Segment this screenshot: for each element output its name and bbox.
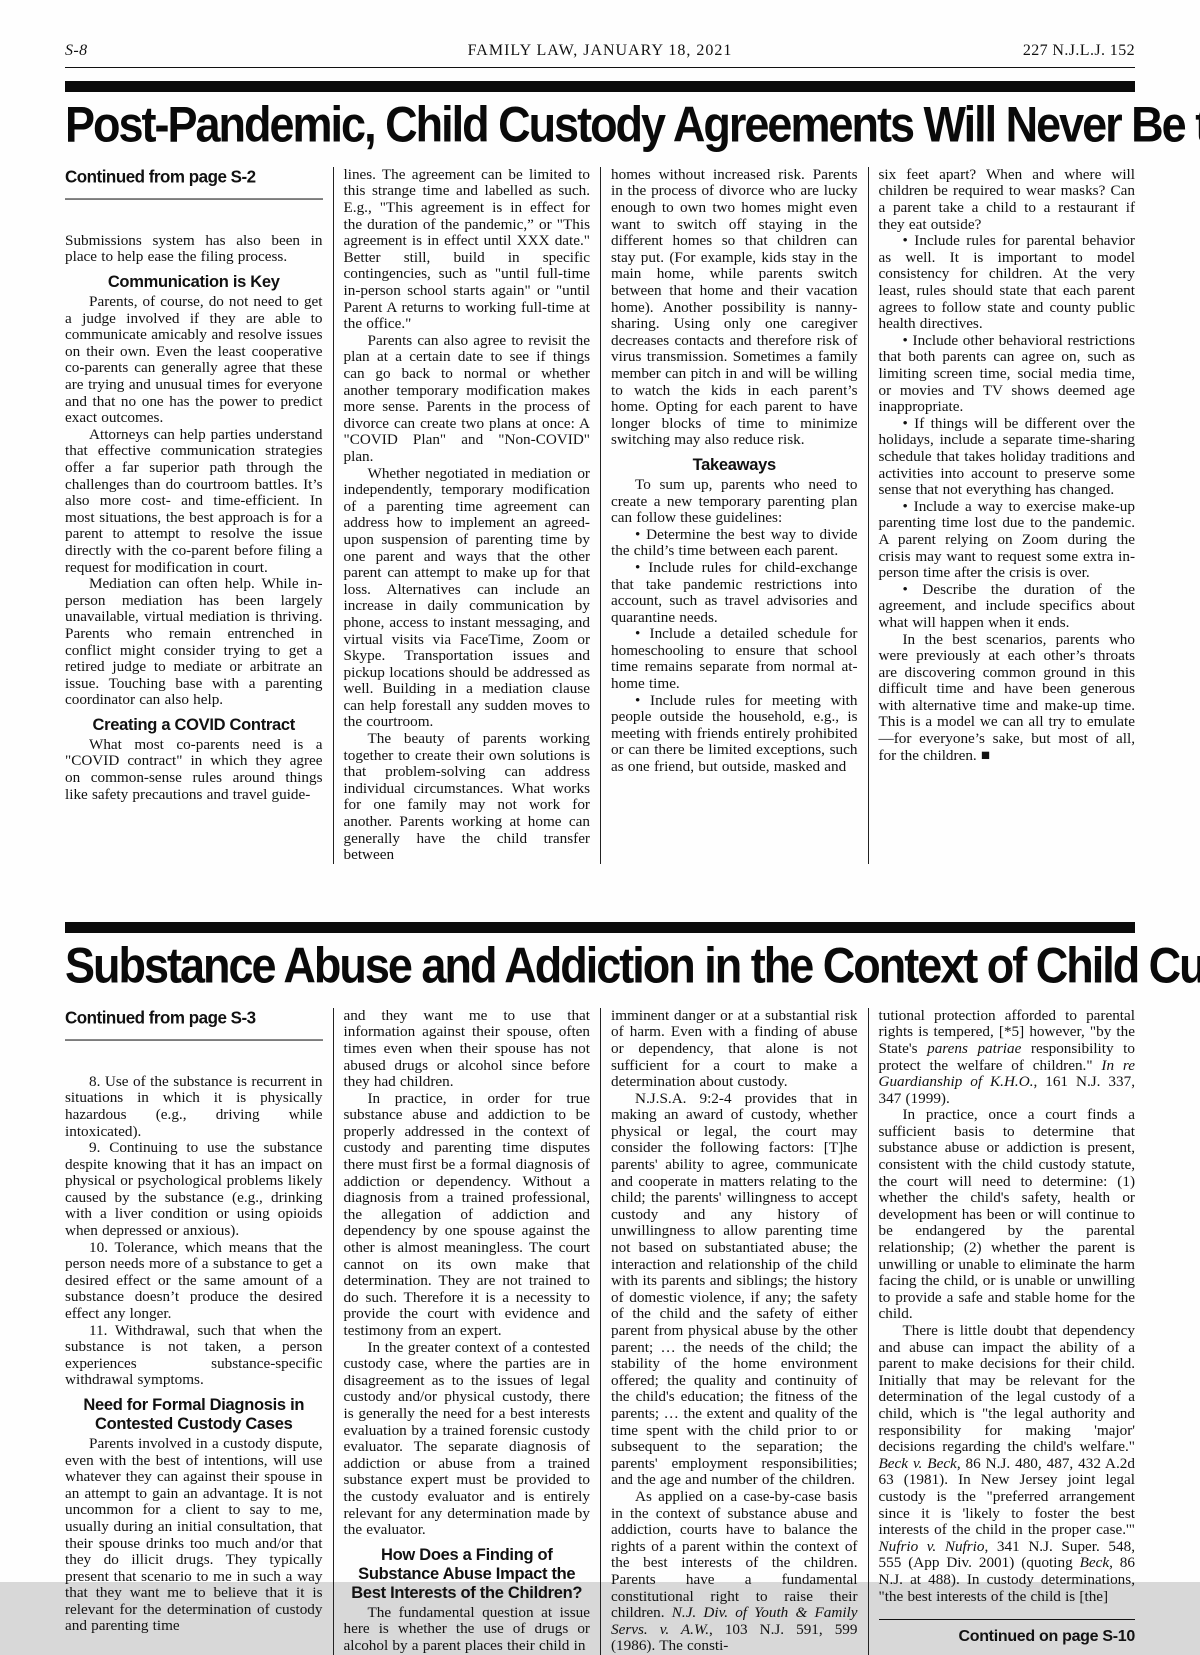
body-paragraph: • Include rules for meeting with people … — [611, 693, 858, 776]
body-paragraph: six feet apart? When and where will chil… — [879, 167, 1136, 233]
body-paragraph: In practice, once a court finds a suffic… — [879, 1107, 1136, 1323]
body-paragraph: and they want me to use that information… — [344, 1008, 591, 1091]
body-paragraph: • Include a detailed schedule for homesc… — [611, 626, 858, 692]
body-paragraph: 9. Continuing to use the substance despi… — [65, 1140, 323, 1240]
article-substance-abuse: Substance Abuse and Addiction in the Con… — [65, 922, 1135, 1655]
body-paragraph: imminent danger or at a substantial risk… — [611, 1008, 858, 1091]
body-paragraph: 10. Tolerance, which means that the pers… — [65, 1240, 323, 1323]
body-paragraph: The beauty of parents working together t… — [344, 731, 591, 864]
article-column-4: six feet apart? When and where will chil… — [868, 167, 1136, 864]
section-heading: Need for Formal Diagnosis in Contested C… — [65, 1396, 323, 1434]
body-paragraph: In practice, in order for true substance… — [344, 1091, 591, 1340]
header-publication-line: FAMILY LAW, JANUARY 18, 2021 — [468, 42, 733, 60]
body-paragraph: To sum up, parents who need to create a … — [611, 477, 858, 527]
body-paragraph: In the best scenarios, parents who were … — [879, 632, 1136, 765]
body-paragraph: 11. Withdrawal, such that when the subst… — [65, 1323, 323, 1389]
body-paragraph: Whether negotiated in mediation or indep… — [344, 466, 591, 732]
body-paragraph: Mediation can often help. While in-perso… — [65, 576, 323, 709]
continued-on-label: Continued on page S-10 — [879, 1619, 1136, 1646]
section-heading: Takeaways — [611, 456, 858, 475]
body-paragraph: • Describe the duration of the agreement… — [879, 582, 1136, 632]
article-column-1: Continued from page S-38. Use of the sub… — [65, 1008, 333, 1655]
headline-rule-bar — [65, 81, 1135, 92]
running-header: S-8 FAMILY LAW, JANUARY 18, 2021 227 N.J… — [65, 42, 1135, 68]
page-number: S-8 — [65, 42, 468, 60]
body-paragraph: homes without increased risk. Parents in… — [611, 167, 858, 449]
body-paragraph: • Include other behavioral restrictions … — [879, 333, 1136, 416]
body-paragraph: tutional protection afforded to parental… — [879, 1008, 1136, 1108]
body-paragraph: As applied on a case-by-case basis in th… — [611, 1489, 858, 1655]
body-paragraph: • Determine the best way to divide the c… — [611, 527, 858, 560]
continued-from-label: Continued from page S-3 — [65, 1008, 323, 1041]
body-paragraph: Attorneys can help parties understand th… — [65, 427, 323, 576]
header-citation: 227 N.J.L.J. 152 — [732, 42, 1135, 60]
body-paragraph: • Include rules for parental behavior as… — [879, 233, 1136, 333]
article-columns: Continued from page S-2Submissions syste… — [65, 167, 1135, 864]
section-heading: Communication is Key — [65, 273, 323, 292]
section-heading: Creating a COVID Contract — [65, 716, 323, 735]
article-title: Substance Abuse and Addiction in the Con… — [65, 940, 1135, 991]
article-title: Post-Pandemic, Child Custody Agreements … — [65, 99, 1135, 150]
body-paragraph: There is little doubt that dependency an… — [879, 1323, 1136, 1605]
body-paragraph: In the greater context of a contested cu… — [344, 1340, 591, 1539]
article-column-3: imminent danger or at a substantial risk… — [600, 1008, 868, 1655]
body-paragraph: • If things will be different over the h… — [879, 416, 1136, 499]
article-column-4: tutional protection afforded to parental… — [868, 1008, 1136, 1655]
article-column-2: and they want me to use that information… — [333, 1008, 601, 1655]
body-paragraph: 8. Use of the substance is recurrent in … — [65, 1074, 323, 1140]
newspaper-page: S-8 FAMILY LAW, JANUARY 18, 2021 227 N.J… — [0, 0, 1200, 1582]
body-paragraph: Parents can also agree to revisit the pl… — [344, 333, 591, 466]
continued-from-label: Continued from page S-2 — [65, 167, 323, 200]
body-paragraph: Parents involved in a custody dispute, e… — [65, 1436, 323, 1635]
body-paragraph: Submissions system has also been in plac… — [65, 233, 323, 266]
body-paragraph: The fundamental question at issue here i… — [344, 1605, 591, 1655]
body-paragraph: • Include a way to exercise make-up pare… — [879, 499, 1136, 582]
article-column-3: homes without increased risk. Parents in… — [600, 167, 868, 864]
headline-rule-bar — [65, 922, 1135, 933]
article-column-2: lines. The agreement can be limited to t… — [333, 167, 601, 864]
body-paragraph: lines. The agreement can be limited to t… — [344, 167, 591, 333]
body-paragraph: N.J.S.A. 9:2-4 provides that in making a… — [611, 1091, 858, 1489]
article-post-pandemic: Post-Pandemic, Child Custody Agreements … — [65, 81, 1135, 864]
article-column-1: Continued from page S-2Submissions syste… — [65, 167, 333, 864]
article-columns: Continued from page S-38. Use of the sub… — [65, 1008, 1135, 1655]
body-paragraph: • Include rules for child-exchange that … — [611, 560, 858, 626]
body-paragraph: Parents, of course, do not need to get a… — [65, 294, 323, 427]
body-paragraph: What most co-parents need is a "COVID co… — [65, 737, 323, 803]
section-heading: How Does a Finding of Substance Abuse Im… — [344, 1546, 591, 1603]
